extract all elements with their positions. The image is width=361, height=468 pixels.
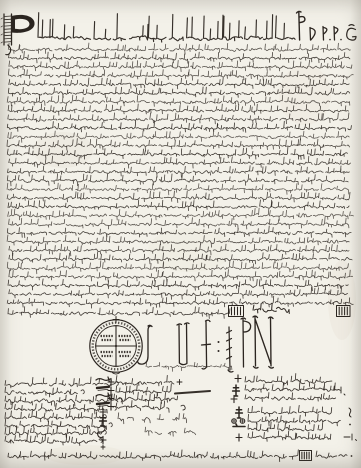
manuscript-scan	[0, 0, 361, 468]
manuscript-art	[0, 0, 361, 468]
